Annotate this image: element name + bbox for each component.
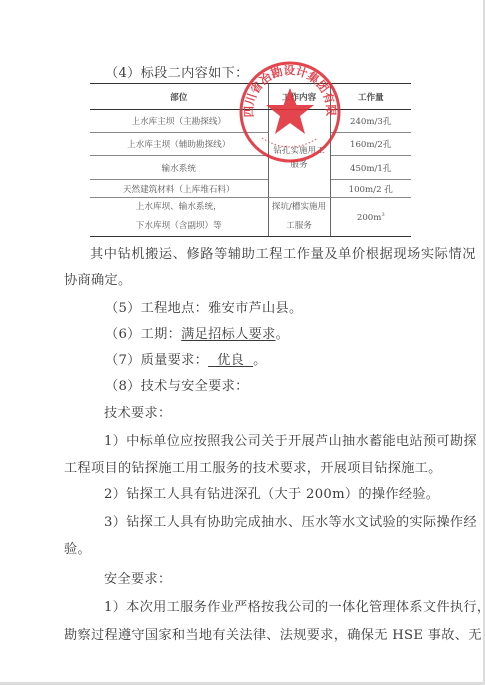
note-line-1: 其中钻机搬运、修路等辅助工程工作量及单价根据现场实际情况: [90, 243, 476, 262]
table-header-row: 部位 工作内容 工作量: [90, 84, 411, 110]
cell-quantity: 450m/1孔: [330, 156, 411, 180]
cell-location-line: 下水库坝（含副坝）等: [90, 217, 268, 236]
note-line-2: 协商确定。: [64, 269, 131, 288]
safety-1-line-2: 勘察过程遵守国家和当地有关法律、法规要求，确保无 HSE 事故、无: [64, 624, 482, 643]
cell-content-line: 工服务: [269, 217, 330, 236]
item-6-label: （6）工期：: [105, 327, 181, 342]
cell-content: 探坑/槽实施用 工服务: [268, 198, 330, 237]
tech-1-line-2: 工程项目的钻探施工用工服务的技术要求，开展项目钻探施工。: [64, 457, 442, 476]
item-5-location: （5）工程地点：雅安市芦山县。: [105, 297, 303, 316]
table-row: 上水库坝、输水系统， 下水库坝（含副坝）等 探坑/槽实施用 工服务 200m3: [90, 198, 411, 237]
safety-requirements-heading: 安全要求：: [104, 568, 171, 587]
item-6-suffix: 。: [276, 327, 290, 342]
item-7-label: （7）质量要求：: [105, 353, 208, 368]
item-6-duration: （6）工期：满足招标人要求。: [105, 323, 289, 342]
tech-requirements-heading: 技术要求：: [104, 402, 171, 421]
cell-content-line: 探坑/槽实施用: [269, 198, 330, 217]
cell-quantity: 100m/2 孔: [330, 180, 411, 198]
cell-quantity: 200m3: [330, 198, 411, 237]
tech-2: 2）钻探工人具有钻进深孔（大于 200m）的操作经验。: [104, 483, 439, 502]
cell-location: 输水系统: [90, 156, 268, 180]
item-6-value: 满足招标人要求: [181, 327, 275, 342]
cell-location: 天然建筑材料（上库堆石料）: [90, 180, 268, 198]
table-row: 天然建筑材料（上库堆石料） 100m/2 孔: [90, 180, 411, 198]
safety-1-line-1: 1）本次用工服务作业严格按我公司的一体化管理体系文件执行，: [104, 596, 485, 615]
table-row: 上水库主坝（主勘探线） 钻孔实施用工服务 240m/3孔: [90, 110, 411, 133]
section-4-heading: （4）标段二内容如下：: [105, 62, 249, 81]
tech-1-line-1: 1）中标单位应按照我公司关于开展芦山抽水蓄能电站预可勘探: [104, 430, 477, 449]
cell-quantity: 160m/2孔: [330, 133, 411, 156]
header-location: 部位: [90, 84, 268, 110]
header-content: 工作内容: [268, 84, 330, 110]
cell-location: 上水库主坝（主勘探线）: [90, 110, 268, 133]
tech-3-line-2: 验。: [64, 538, 91, 557]
cell-location: 上水库坝、输水系统， 下水库坝（含副坝）等: [90, 198, 268, 237]
cell-location: 上水库主坝（辅助勘探线）: [90, 133, 268, 156]
table-row: 输水系统 450m/1孔: [90, 156, 411, 180]
quantity-value: 200m: [357, 212, 382, 222]
table-row: 上水库主坝（辅助勘探线） 160m/2孔: [90, 133, 411, 156]
item-8-requirements: （8）技术与安全要求：: [105, 375, 249, 394]
quantity-unit-sup: 3: [381, 212, 384, 218]
item-7-value: 优良: [208, 353, 253, 368]
item-7-quality: （7）质量要求： 优良 。: [105, 349, 267, 368]
header-quantity: 工作量: [330, 84, 411, 110]
work-table: 部位 工作内容 工作量 上水库主坝（主勘探线） 钻孔实施用工服务 240m/3孔…: [90, 83, 411, 237]
cell-content-merged: 钻孔实施用工服务: [268, 110, 330, 198]
item-7-suffix: 。: [253, 353, 267, 368]
tech-3-line-1: 3）钻探工人具有协助完成抽水、压水等水文试验的实际操作经: [104, 511, 477, 530]
cell-quantity: 240m/3孔: [330, 110, 411, 133]
cell-location-line: 上水库坝、输水系统，: [90, 198, 268, 217]
